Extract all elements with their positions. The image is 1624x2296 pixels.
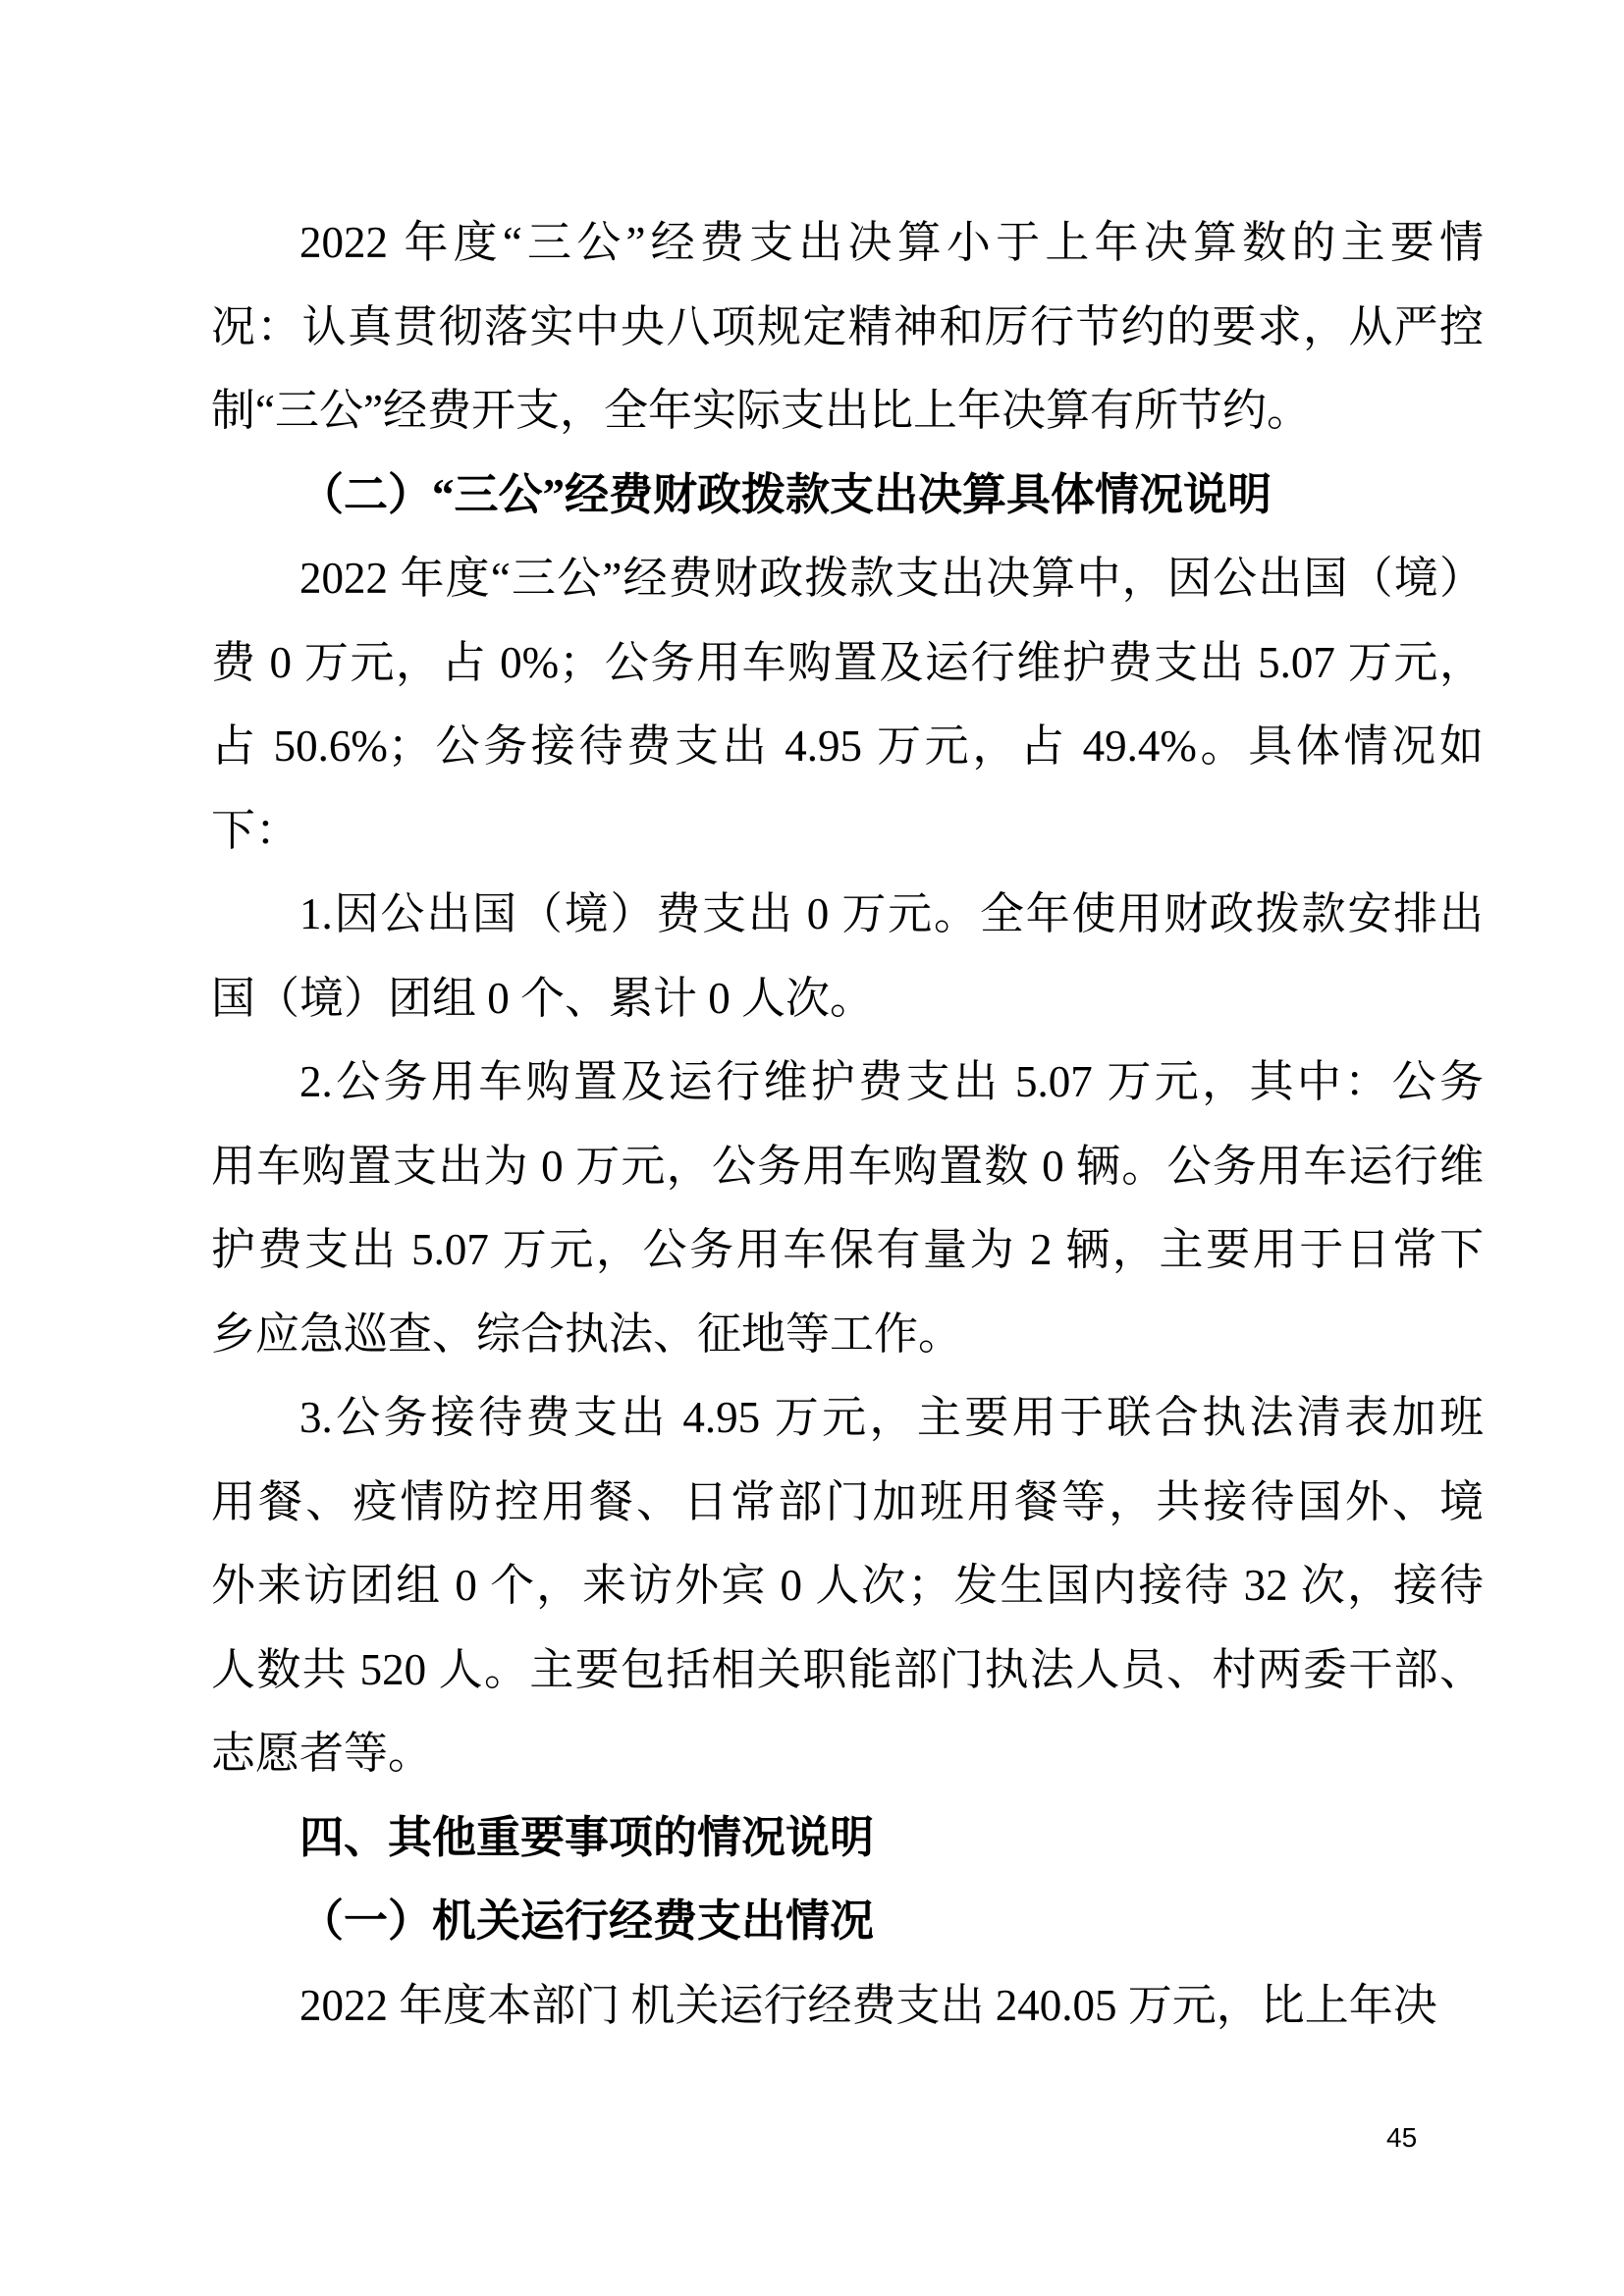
paragraph: 2.公务用车购置及运行维护费支出 5.07 万元，其中：公务用车购置支出为 0 … (211, 1041, 1484, 1376)
text-line: 人数共 520 人。主要包括相关职能部门执法人员、村两委干部、 (211, 1629, 1484, 1713)
text-line: 护费支出 5.07 万元，公务用车保有量为 2 辆，主要用于日常下 (211, 1208, 1484, 1293)
text-line: 3.公务接待费支出 4.95 万元，主要用于联合执法清表加班 (211, 1376, 1484, 1461)
page-number: 45 (1386, 2122, 1417, 2154)
text-line: 况：认真贯彻落实中央八项规定精神和厉行节约的要求，从严控 (211, 286, 1484, 370)
text-line: （一）机关运行经费支出情况 (211, 1880, 1484, 1964)
document-content: 2022 年度“三公”经费支出决算小于上年决算数的主要情况：认真贯彻落实中央八项… (211, 201, 1484, 2048)
text-line: 外来访团组 0 个，来访外宾 0 人次；发生国内接待 32 次，接待 (211, 1544, 1484, 1629)
text-line: 四、其他重要事项的情况说明 (211, 1796, 1484, 1881)
paragraph: 3.公务接待费支出 4.95 万元，主要用于联合执法清表加班用餐、疫情防控用餐、… (211, 1376, 1484, 1796)
text-line: 志愿者等。 (211, 1712, 1484, 1796)
text-line: 占 50.6%；公务接待费支出 4.95 万元，占 49.4%。具体情况如 (211, 705, 1484, 789)
text-line: 2022 年度“三公”经费支出决算小于上年决算数的主要情 (211, 201, 1484, 286)
section-heading: （二）“三公”经费财政拨款支出决算具体情况说明 (211, 454, 1484, 538)
paragraph: 2022 年度本部门 机关运行经费支出 240.05 万元，比上年决 (211, 1964, 1484, 2049)
text-line: 用车购置支出为 0 万元，公务用车购置数 0 辆。公务用车运行维 (211, 1125, 1484, 1209)
paragraph: 2022 年度“三公”经费财政拨款支出决算中，因公出国（境）费 0 万元，占 0… (211, 537, 1484, 873)
text-line: 2.公务用车购置及运行维护费支出 5.07 万元，其中：公务 (211, 1041, 1484, 1125)
paragraph: 2022 年度“三公”经费支出决算小于上年决算数的主要情况：认真贯彻落实中央八项… (211, 201, 1484, 454)
text-line: 乡应急巡查、综合执法、征地等工作。 (211, 1293, 1484, 1377)
text-line: 国（境）团组 0 个、累计 0 人次。 (211, 957, 1484, 1041)
document-page: 2022 年度“三公”经费支出决算小于上年决算数的主要情况：认真贯彻落实中央八项… (0, 0, 1624, 2296)
text-line: （二）“三公”经费财政拨款支出决算具体情况说明 (211, 454, 1484, 538)
paragraph: 1.因公出国（境）费支出 0 万元。全年使用财政拨款安排出国（境）团组 0 个、… (211, 873, 1484, 1041)
text-line: 2022 年度本部门 机关运行经费支出 240.05 万元，比上年决 (211, 1964, 1484, 2049)
section-heading: 四、其他重要事项的情况说明 (211, 1796, 1484, 1881)
section-heading: （一）机关运行经费支出情况 (211, 1880, 1484, 1964)
text-line: 费 0 万元，占 0%；公务用车购置及运行维护费支出 5.07 万元， (211, 621, 1484, 706)
text-line: 1.因公出国（境）费支出 0 万元。全年使用财政拨款安排出 (211, 873, 1484, 957)
text-line: 下： (211, 789, 1484, 874)
text-line: 2022 年度“三公”经费财政拨款支出决算中，因公出国（境） (211, 537, 1484, 621)
text-line: 制“三公”经费开支，全年实际支出比上年决算有所节约。 (211, 369, 1484, 454)
text-line: 用餐、疫情防控用餐、日常部门加班用餐等，共接待国外、境 (211, 1461, 1484, 1545)
